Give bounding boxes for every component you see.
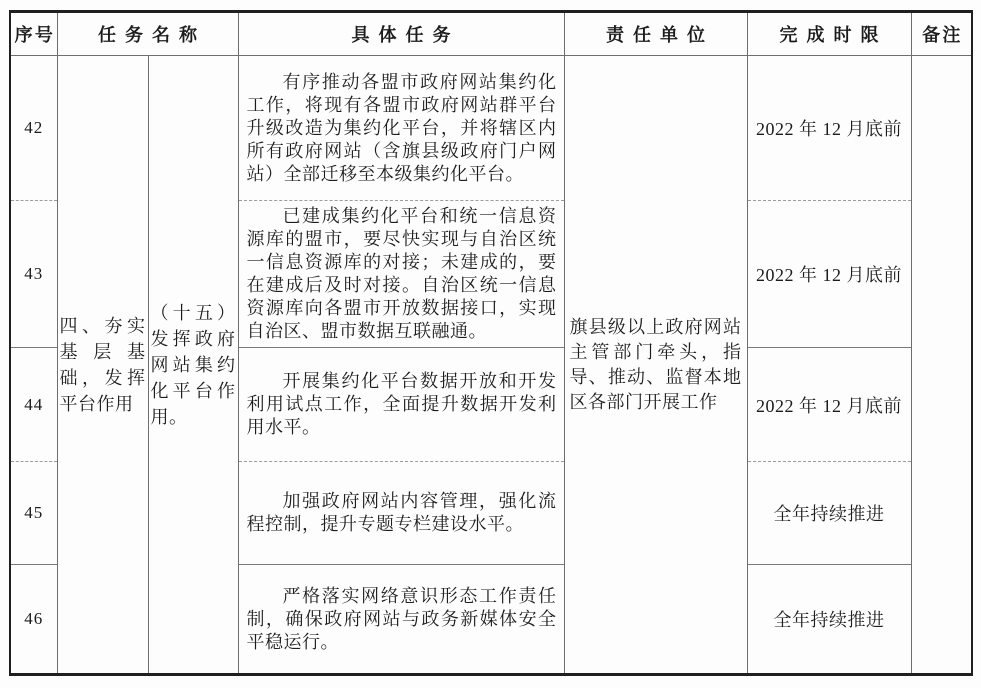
- category-cell: 四、夯实基层基础，发挥平台作用: [57, 56, 148, 675]
- serial-cell-43: 43: [10, 201, 57, 348]
- deadline-cell-46: 全年持续推进: [747, 565, 911, 675]
- table-row-42: 42 四、夯实基层基础，发挥平台作用 （十五）发挥政府网站集约化平台作用。 有序…: [10, 56, 972, 201]
- header-responsible-unit: 责任单位: [564, 12, 747, 56]
- deadline-cell-42: 2022 年 12 月底前: [747, 56, 911, 201]
- header-specific-task-label: 具体任务: [352, 25, 460, 45]
- task-text-46: 严格落实网络意识形态工作责任制，确保政府网站与政务新媒体安全平稳运行。: [247, 585, 557, 654]
- serial-cell-42: 42: [10, 56, 57, 201]
- header-deadline: 完成时限: [747, 12, 911, 56]
- task-cell-44: 开展集约化平台数据开放和开发利用试点工作，全面提升数据开发利用水平。: [238, 348, 564, 462]
- document-page: 序号 任务名称 具体任务 责任单位 完成时限 备注 42 四、夯实基层基础，发挥…: [0, 0, 981, 688]
- task-cell-46: 严格落实网络意识形态工作责任制，确保政府网站与政务新媒体安全平稳运行。: [238, 565, 564, 675]
- subcategory-text: （十五）发挥政府网站集约化平台作用。: [151, 300, 236, 430]
- header-serial-label: 序号: [15, 25, 55, 45]
- serial-cell-44: 44: [10, 348, 57, 462]
- subcategory-cell: （十五）发挥政府网站集约化平台作用。: [148, 56, 238, 675]
- header-task-name-label: 任务名称: [98, 25, 206, 45]
- header-remarks-label: 备注: [922, 25, 962, 45]
- task-cell-45: 加强政府网站内容管理，强化流程控制，提升专题专栏建设水平。: [238, 462, 564, 565]
- responsible-unit-cell: 旗县级以上政府网站主管部门牵头，指导、推动、监督本地区各部门开展工作: [564, 56, 747, 675]
- remarks-cell: [911, 56, 972, 675]
- task-cell-42: 有序推动各盟市政府网站集约化工作，将现有各盟市政府网站群平台升级改造为集约化平台…: [238, 56, 564, 201]
- task-text-44: 开展集约化平台数据开放和开发利用试点工作，全面提升数据开发利用水平。: [247, 370, 557, 439]
- header-deadline-label: 完成时限: [780, 25, 888, 45]
- deadline-cell-43: 2022 年 12 月底前: [747, 201, 911, 348]
- responsible-unit-text: 旗县级以上政府网站主管部门牵头，指导、推动、监督本地区各部门开展工作: [570, 315, 742, 415]
- header-row: 序号 任务名称 具体任务 责任单位 完成时限 备注: [10, 12, 972, 56]
- task-cell-43: 已建成集约化平台和统一信息资源库的盟市，要尽快实现与自治区统一信息资源库的对接；…: [238, 201, 564, 348]
- header-task-name: 任务名称: [57, 12, 238, 56]
- header-remarks: 备注: [911, 12, 972, 56]
- header-specific-task: 具体任务: [238, 12, 564, 56]
- task-text-42: 有序推动各盟市政府网站集约化工作，将现有各盟市政府网站群平台升级改造为集约化平台…: [247, 71, 557, 186]
- task-text-45: 加强政府网站内容管理，强化流程控制，提升专题专栏建设水平。: [247, 490, 557, 536]
- deadline-cell-44: 2022 年 12 月底前: [747, 348, 911, 462]
- header-responsible-unit-label: 责任单位: [606, 25, 714, 45]
- serial-cell-45: 45: [10, 462, 57, 565]
- serial-cell-46: 46: [10, 565, 57, 675]
- header-serial: 序号: [10, 12, 57, 56]
- task-text-43: 已建成集约化平台和统一信息资源库的盟市，要尽快实现与自治区统一信息资源库的对接；…: [247, 205, 557, 343]
- task-table: 序号 任务名称 具体任务 责任单位 完成时限 备注 42 四、夯实基层基础，发挥…: [9, 10, 973, 676]
- deadline-cell-45: 全年持续推进: [747, 462, 911, 565]
- category-text: 四、夯实基层基础，发挥平台作用: [60, 313, 146, 417]
